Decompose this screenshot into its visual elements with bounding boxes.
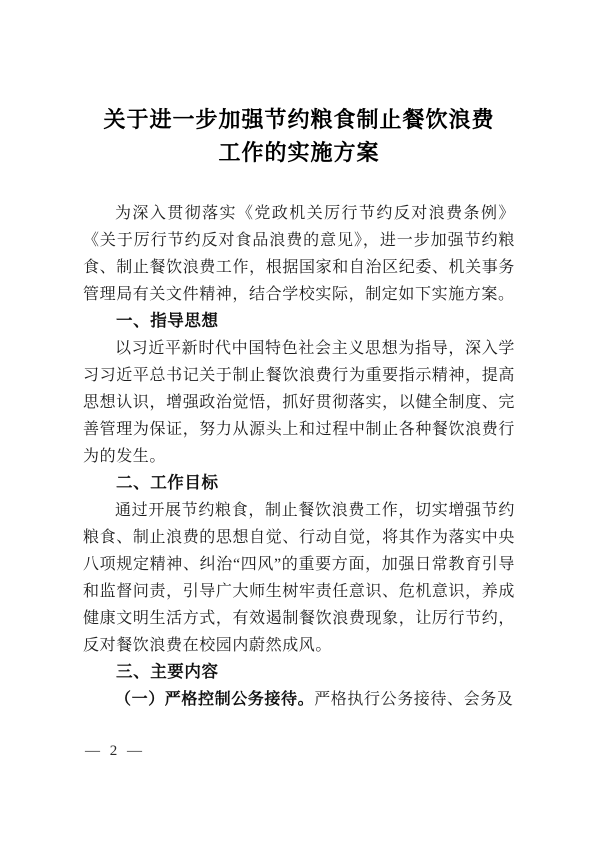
title-line-2: 工作的实施方案 (83, 136, 515, 169)
title-line-1: 关于进一步加强节约粮食制止餐饮浪费 (83, 103, 515, 136)
section-3-heading: 三、主要内容 (83, 659, 515, 686)
document-page: 关于进一步加强节约粮食制止餐饮浪费 工作的实施方案 为深入贯彻落实《党政机关厉行… (0, 0, 596, 842)
section-1-heading: 一、指导思想 (83, 308, 515, 335)
document-title: 关于进一步加强节约粮食制止餐饮浪费 工作的实施方案 (83, 103, 515, 169)
item-1-lead: （一）严格控制公务接待。 (115, 691, 314, 708)
page-number: — 2 — (85, 743, 145, 760)
section-2-heading: 二、工作目标 (83, 470, 515, 497)
intro-paragraph: 为深入贯彻落实《党政机关厉行节约反对浪费条例》《关于厉行节约反对食品浪费的意见》… (83, 200, 515, 308)
item-1-text: 严格执行公务接待、会务及 (314, 691, 513, 708)
section-3-item-paragraph: （一）严格控制公务接待。严格执行公务接待、会务及 (83, 686, 515, 713)
section-1-body: 以习近平新时代中国特色社会主义思想为指导，深入学习习近平总书记关于制止餐饮浪费行… (83, 335, 515, 470)
section-2-body: 通过开展节约粮食，制止餐饮浪费工作，切实增强节约粮食、制止浪费的思想自觉、行动自… (83, 497, 515, 659)
